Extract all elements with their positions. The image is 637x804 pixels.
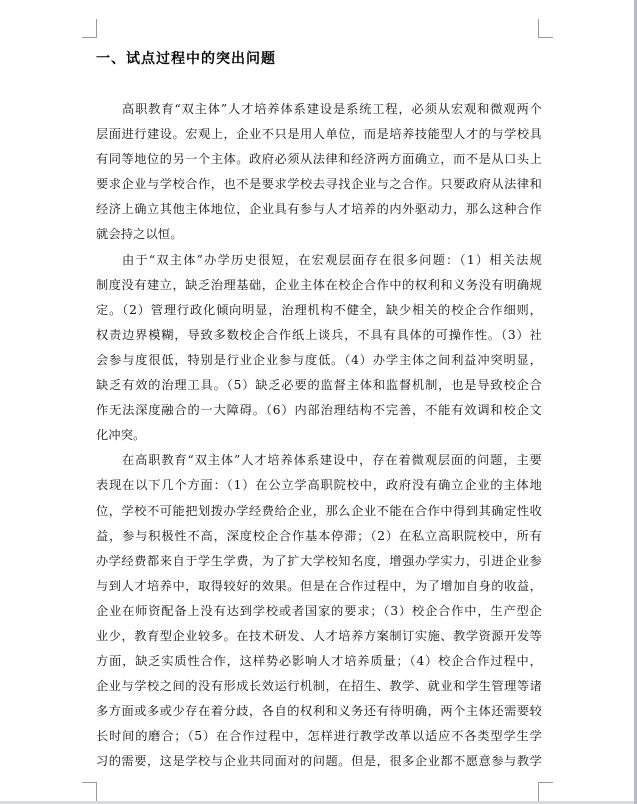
text-line: 由于“双主体”办学历史很短，在宏观层面存在很多问题：（1）相关法规 (96, 248, 542, 273)
margin-corner-mark-bottom-right (538, 782, 553, 803)
text-line: 多方面或多或少存在着分歧，各自的权利和义务还有待明确，两个主体还需要较 (96, 699, 542, 724)
text-line: 作无法深度融合的一大障碍。（6）内部治理结构不完善，不能有效调和校企文 (96, 398, 542, 423)
text-line: 权责边界模糊，导致多数校企合作纸上谈兵，不具有具体的可操作性。（3）社 (96, 323, 542, 348)
text-line: 业少，教育型企业较多。在技术研发、人才培养方案制订实施、教学资源开发等 (96, 624, 542, 649)
text-line: 与到人才培养中，取得较好的效果。但是在合作过程中，为了增加自身的收益， (96, 574, 542, 599)
text-line: 在高职教育“双主体”人才培养体系建设中，存在着微观层面的问题，主要 (96, 448, 542, 473)
document-page: 一、试点过程中的突出问题 高职教育“双主体”人才培养体系建设是系统工程，必须从宏… (0, 0, 634, 804)
document-body[interactable]: 高职教育“双主体”人才培养体系建设是系统工程，必须从宏观和微观两个 层面进行建设… (96, 97, 542, 775)
text-line: 化冲突。 (96, 423, 542, 448)
paragraph: 高职教育“双主体”人才培养体系建设是系统工程，必须从宏观和微观两个 层面进行建设… (96, 97, 542, 248)
text-line: 有同等地位的另一个主体。政府必须从法律和经济两方面确立，而不是从口头上 (96, 147, 542, 172)
text-line: 企业在师资配备上没有达到学校或者国家的要求；（3）校企合作中，生产型企 (96, 599, 542, 624)
text-line: 经济上确立其他主体地位，企业具有参与人才培养的内外驱动力，那么这种合作 (96, 197, 542, 222)
text-line: 定。（2）管理行政化倾向明显，治理机构不健全，缺少相关的校企合作细则， (96, 298, 542, 323)
text-line: 就会持之以恒。 (96, 222, 542, 247)
margin-corner-mark-top-right (538, 19, 553, 38)
text-line: 要求企业与学校合作，也不是要求学校去寻找企业与之合作。只要政府从法律和 (96, 172, 542, 197)
section-heading: 一、试点过程中的突出问题 (96, 48, 276, 68)
margin-corner-mark-top-left (82, 19, 97, 38)
text-line: 方面，缺乏实质性合作，这样势必影响人才培养质量；（4）校企合作过程中， (96, 649, 542, 674)
margin-corner-mark-bottom-left (82, 782, 97, 803)
text-line: 表现在以下几个方面：（1）在公立学高职院校中，政府没有确立企业的主体地 (96, 473, 542, 498)
text-line: 高职教育“双主体”人才培养体系建设是系统工程，必须从宏观和微观两个 (96, 97, 542, 122)
paragraph: 在高职教育“双主体”人才培养体系建设中，存在着微观层面的问题，主要 表现在以下几… (96, 448, 542, 774)
text-line: 会参与度很低，特别是行业企业参与度低。（4）办学主体之间利益冲突明显， (96, 348, 542, 373)
paragraph: 由于“双主体”办学历史很短，在宏观层面存在很多问题：（1）相关法规 制度没有建立… (96, 248, 542, 449)
text-line: 缺乏有效的治理工具。（5）缺乏必要的监督主体和监督机制，也是导致校企合 (96, 373, 542, 398)
text-line: 位，学校不可能把划拨办学经费给企业，那么企业不能在合作中得到其确定性收 (96, 499, 542, 524)
text-line: 层面进行建设。宏观上，企业不只是用人单位，而是培养技能型人才的与学校具 (96, 122, 542, 147)
text-line: 习的需要，这是学校与企业共同面对的问题。但是，很多企业都不愿意参与教学 (96, 749, 542, 774)
text-line: 办学经费都来自于学生学费，为了扩大学校知名度，增强办学实力，引进企业参 (96, 549, 542, 574)
text-line: 制度没有建立，缺乏治理基础，企业主体在校企合作中的权利和义务没有明确规 (96, 273, 542, 298)
text-line: 长时间的磨合；（5）在合作过程中，怎样进行教学改革以适应不各类型学生学 (96, 724, 542, 749)
text-line: 益，参与积极性不高，深度校企合作基本停滞；（2）在私立高职院校中，所有 (96, 524, 542, 549)
text-line: 企业与学校之间的没有形成长效运行机制，在招生、教学、就业和学生管理等诸 (96, 674, 542, 699)
